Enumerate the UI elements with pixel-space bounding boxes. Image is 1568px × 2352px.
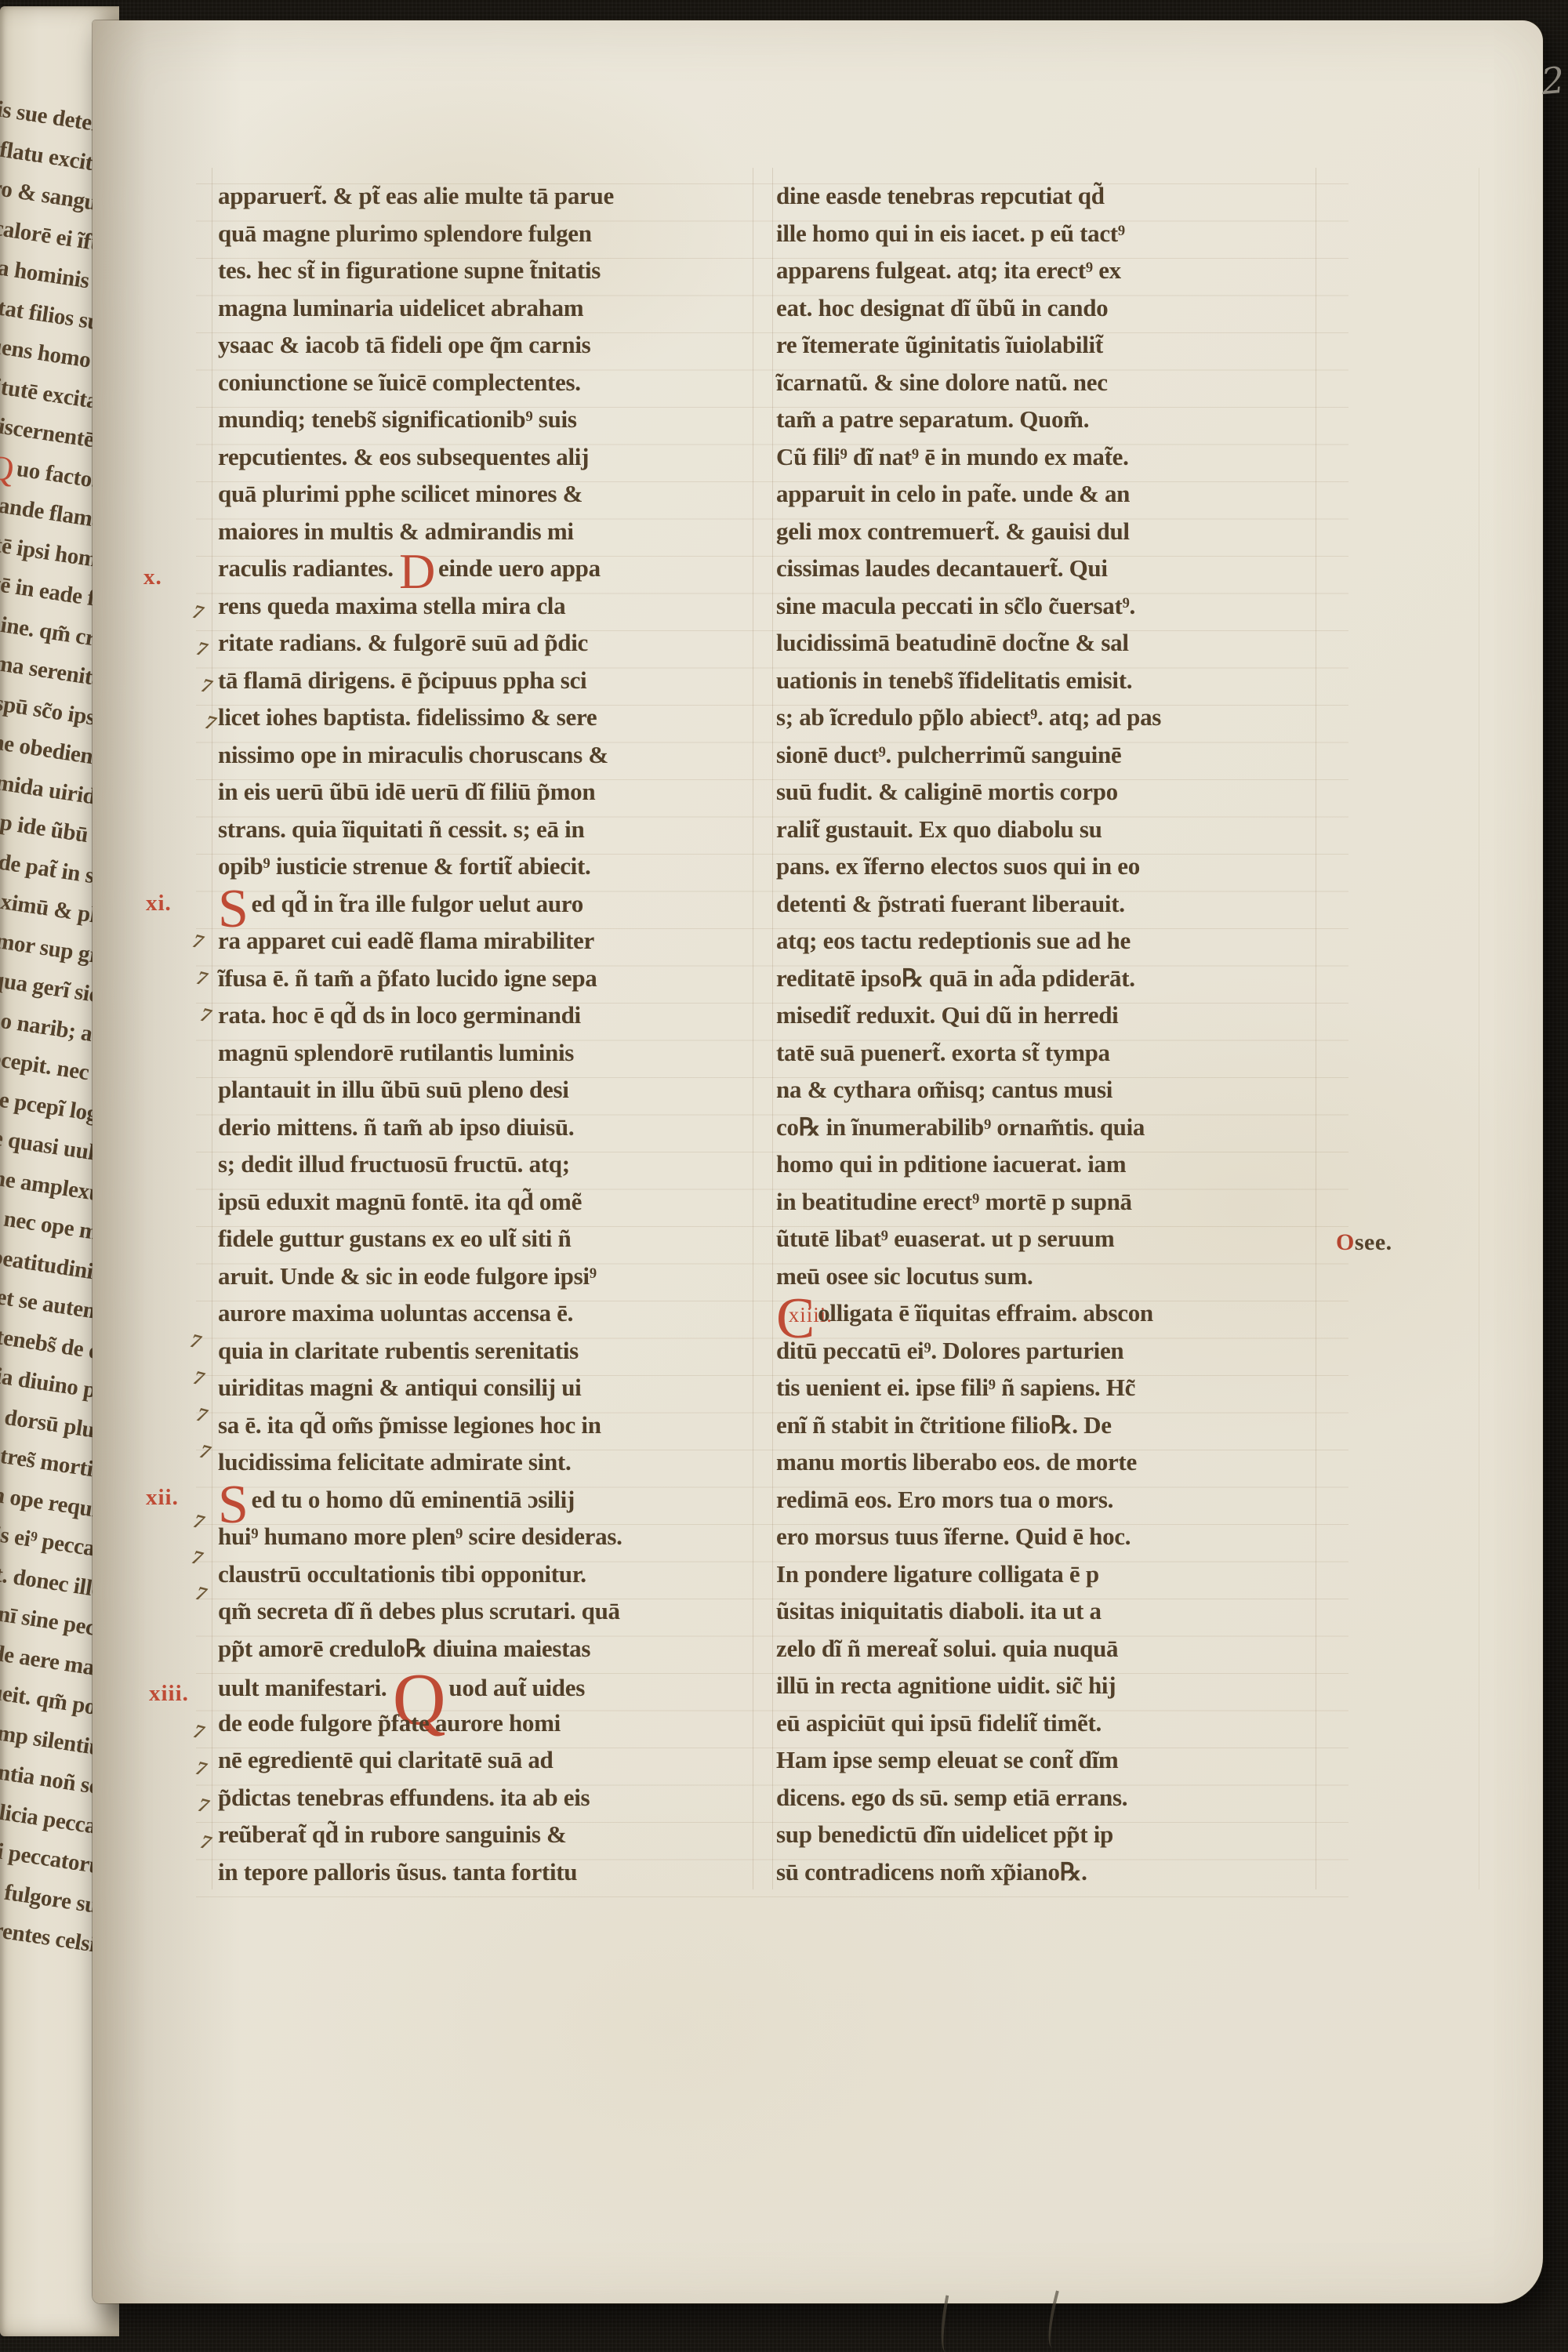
ruling-line-vertical [772,168,773,1889]
text-line: misedit̃ reduxit. Qui dũ in herredi [776,1001,1325,1039]
text-line: s; ab ĩcredulo pp̃lo abiect⁹. atq; ad pa… [776,703,1325,741]
text-line: eū aspiciūt qui ipsū fidelit̃ timẽt. [776,1709,1325,1747]
text-line: tes. hec st̃ in figuratione supne t̃nita… [218,256,760,294]
text-line: tis uenient ei. ipse fili⁹ ñ sapiens. Hc… [776,1374,1325,1411]
text-line: cissimas laudes decantauert̃. Qui [776,554,1325,592]
chapter-number: xii. [146,1485,179,1511]
text-line: apparens fulgeat. atq; ita erect⁹ ex [776,256,1325,294]
text-line: aruit. Unde & sic in eode fulgore ipsi⁹ [218,1262,760,1300]
text-line: licet iohes baptista. fidelissimo & sere [218,703,760,741]
text-line: ero morsus tuus ĩferne. Quid ē hoc. [776,1523,1325,1560]
text-line: nē egredientē qui claritatē suā ad [218,1746,760,1784]
text-line: na & cythara om̃isq; cantus musi [776,1076,1325,1113]
text-line: ipsū eduxit magnū fontē. ita qd̃ omẽ [218,1188,760,1225]
rubric-initial: Q [0,466,13,470]
text-line: nissimo ope in miraculis choruscans & [218,741,760,779]
under-page-text: tatis sue detentā. &ali flatu excitatā. … [0,93,102,2100]
text-line: ritate radians. & fulgorē suū ad p̃dic [218,629,760,666]
text-line: manu mortis liberabo eos. de morte [776,1448,1325,1486]
text-line: uationis in tenebs̃ ĩfidelitatis emisit. [776,666,1325,704]
text-line: mundiq; tenebs̃ significationib⁹ suis [218,405,760,443]
text-line: ra apparet cui eadẽ flama mirabiliter [218,927,760,964]
text-line: apparuert̃. & pt̃ eas alie multe tā paru… [218,182,760,220]
text-line: magna luminaria uidelicet abraham [218,294,760,332]
text-line: ĩfusa ē. ñ tam̃ a p̃fato lucido igne sep… [218,964,760,1002]
text-line: Sed qd̃ in t̃ra ille fulgor uelut auro [218,890,760,927]
text-line: reditatē ipso℞ quā in ad̃a pdiderāt. [776,964,1325,1002]
text-line: sionē duct⁹. pulcherrimũ sanguinē [776,741,1325,779]
folio-number-pencil: 29 [1540,56,1568,103]
text-line: Sed tu o homo dũ eminentiā ɔsilij [218,1486,760,1523]
text-line: derio mittens. ñ tam̃ ab ipso diuisū. [218,1113,760,1151]
margin-gloss-osee: Osee. [1336,1229,1392,1256]
text-line: coniunctione se ĩuicē complectentes. [218,368,760,406]
text-line: pans. ex ĩferno electos suos qui in eo [776,852,1325,890]
text-line: rens queda maxima stella mira cla [218,592,760,630]
text-line: tam̃ a patre separatum. Quom̃. [776,405,1325,443]
text-line: magnū splendorē rutilantis luminis [218,1039,760,1076]
text-line: ille homo qui in eis iacet. p eũ tact⁹ [776,220,1325,257]
text-line: enĩ ñ stabit in c̃tritione filio℞. De [776,1411,1325,1449]
text-line: co℞ in ĩnumerabilib⁹ ornam̃tis. quia [776,1113,1325,1151]
text-line: ũsitas iniquitatis diaboli. ita ut a [776,1597,1325,1635]
text-line: rata. hoc ē qd̃ ds in loco germinandi [218,1001,760,1039]
ruling-line-vertical [212,168,212,1889]
text-line: tatē suā puenert̃. exorta st̃ tympa [776,1039,1325,1076]
manuscript-page: 29 apparuert̃. & pt̃ eas alie multe tā p… [93,20,1543,2303]
text-line: illū in recta agnitione uidit. sic̃ hij [776,1671,1325,1709]
text-line: lucidissima felicitate admirate sint. [218,1448,760,1486]
text-line: dicens. ego ds sū. semp etiā errans. [776,1784,1325,1821]
text-line: maiores in multis & admirandis mi [218,517,760,555]
text-line: homo qui in pditione iacuerat. iam [776,1150,1325,1188]
text-line: plantauit in illu ũbū suū pleno desi [218,1076,760,1113]
text-line: Cũ fili⁹ dĩ nat⁹ ē in mundo ex mat̃e. [776,443,1325,481]
text-line: sup benedictū dĩn uidelicet pp̃t ip [776,1820,1325,1858]
text-line: reũberat̃ qd̃ in rubore sanguinis & [218,1820,760,1858]
text-line: in eis uerū ũbū idē uerū dĩ filiū p̃mon [218,778,760,815]
text-line: detenti & p̃strati fuerant liberauit. [776,890,1325,927]
text-column-right: dine easde tenebras repcutiat qd̃ille ho… [776,182,1325,1895]
text-line: sa ē. ita qd̃ om̃s p̃misse legiones hoc … [218,1411,760,1449]
chapter-number: xi. [146,891,172,916]
text-line: hui⁹ humano more plen⁹ scire desideras. [218,1523,760,1560]
text-line: sine macula peccati in sc̃lo c̃uersat⁹. [776,592,1325,630]
text-line: Ham ipse semp eleuat se cont̃ dĩm [776,1746,1325,1784]
text-line: p̃dictas tenebras effundens. ita ab eis [218,1784,760,1821]
text-line: ysaac & iacob tā fideli ope q̃m carnis [218,331,760,368]
text-line: quā plurimi pphe scilicet minores & [218,480,760,517]
text-line: atq; eos tactu redeptionis sue ad he [776,927,1325,964]
text-line: strans. quia ĩiquitati ñ cessit. s; eā i… [218,815,760,853]
text-column-left: apparuert̃. & pt̃ eas alie multe tā paru… [218,182,760,1895]
text-line: suū fudit. & caliginē mortis corpo [776,778,1325,815]
text-line: zelo dĩ ñ mereat̃ solui. quia nuquā [776,1635,1325,1672]
text-line: tā flamā dirigens. ē p̃cipuus ppha sci [218,666,760,704]
text-line: dine easde tenebras repcutiat qd̃ [776,182,1325,220]
chapter-number: xiii. [149,1681,189,1707]
binding-tie [936,2295,956,2352]
text-line: eat. hoc designat dĩ ũbũ in cando [776,294,1325,332]
text-line: geli mox contremuert̃. & gauisi dul [776,517,1325,555]
text-line: In pondere ligature colligata ē p [776,1560,1325,1598]
ruling-line-vertical [1479,168,1479,1889]
text-line: in tepore palloris ũsus. tanta fortitu [218,1858,760,1896]
text-line: fidele guttur gustans ex eo ult̃ siti ñ [218,1225,760,1262]
gloss-text: see. [1355,1229,1392,1255]
text-line: Colligata ē ĩiquitas effraim. abscon [776,1299,1325,1337]
text-line: quia in claritate rubentis serenitatis [218,1337,760,1374]
text-line: claustrū occultationis tibi opponitur. [218,1560,760,1598]
text-line: ĩcarnatũ. & sine dolore natũ. nec [776,368,1325,406]
text-line: s; dedit illud fructuosū fructū. atq; [218,1150,760,1188]
text-line: uult manifestari. Quod aut̃ uides [218,1671,760,1709]
text-line: ralit̃ gustauit. Ex quo diabolu su [776,815,1325,853]
text-line: in beatitudine erect⁹ mortē p supnā [776,1188,1325,1225]
text-line: qm̃ secreta dĩ ñ debes plus scrutari. qu… [218,1597,760,1635]
text-line: de eode fulgore p̃fate aurore homi [218,1709,760,1747]
text-line: aurore maxima uoluntas accensa ē.xiiii. [218,1299,760,1337]
text-line: pp̃t amorē credulo℞ diuina maiestas [218,1635,760,1672]
text-line: meū osee sic locutus sum. [776,1262,1325,1300]
text-line: raculis radiantes. Deinde uero appa [218,554,760,592]
text-line: uiriditas magni & antiqui consilij ui [218,1374,760,1411]
text-line: ditū peccatū ei⁹. Dolores parturien [776,1337,1325,1374]
text-line: sū contradicens nom̃ xp̃iano℞. [776,1858,1325,1896]
gloss-initial: O [1336,1229,1355,1255]
chapter-number: x. [143,564,162,590]
text-line: ũtutē libat⁹ euaserat. ut p seruum [776,1225,1325,1262]
text-line: redimā eos. Ero mors tua o mors. [776,1486,1325,1523]
text-line: quā magne plurimo splendore fulgen [218,220,760,257]
text-line: opib⁹ iusticie strenue & fortit̃ abiecit… [218,852,760,890]
text-line: re ĩtemerate ũginitatis ĩuiolabilit̃ [776,331,1325,368]
text-line: lucidissimā beatudinē doct̃ne & sal [776,629,1325,666]
text-line: repcutientes. & eos subsequentes alij [218,443,760,481]
text-line: apparuit in celo in pat̃e. unde & an [776,480,1325,517]
